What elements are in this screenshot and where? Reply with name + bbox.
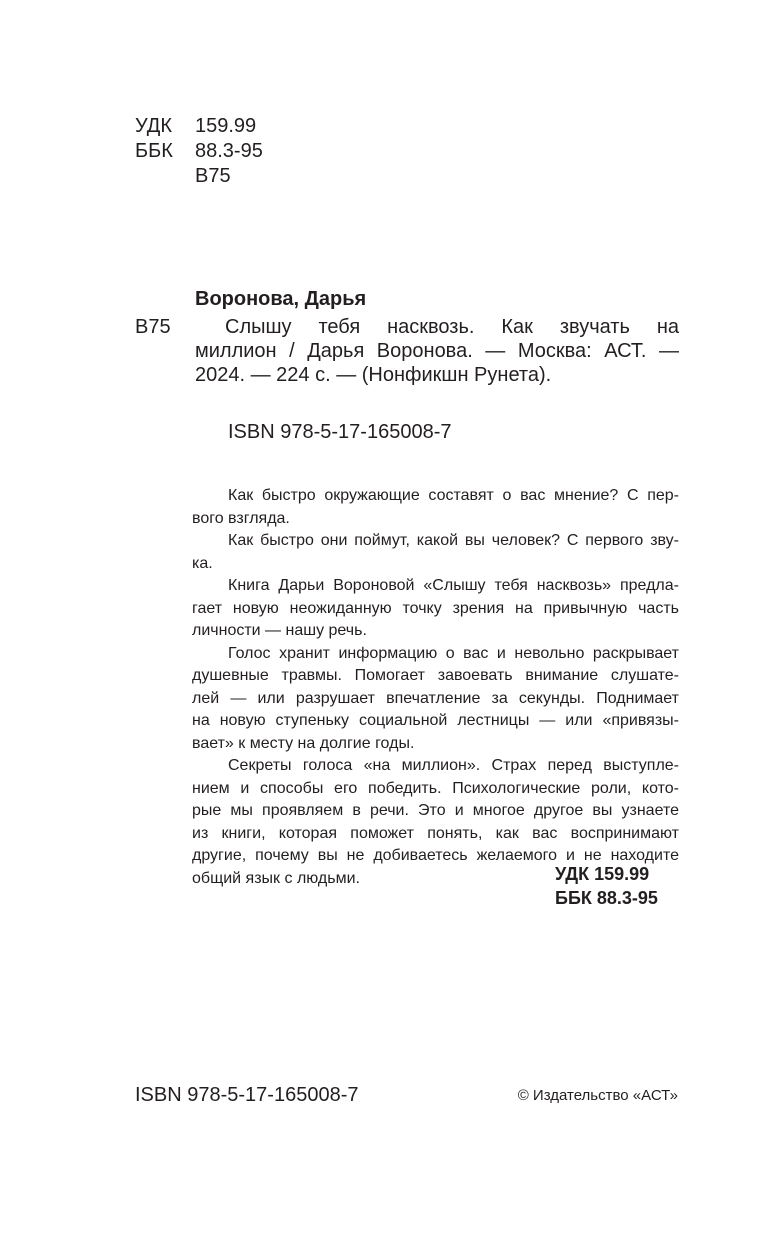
annotation: Как быстро окружающие составят о вас мне… bbox=[192, 485, 679, 890]
annotation-paragraph: Как быстро они поймут, какой вы человек?… bbox=[192, 530, 679, 575]
bbk-label: ББК bbox=[135, 139, 195, 163]
annotation-line: рые мы проявляем в речи. Это и многое др… bbox=[192, 800, 679, 823]
annotation-line: из книги, которая поможет понять, как ва… bbox=[192, 823, 679, 846]
annotation-line: личности — нашу речь. bbox=[192, 620, 679, 643]
annotation-line: на новую ступеньку социальной лестницы —… bbox=[192, 710, 679, 733]
annotation-paragraph: Как быстро окружающие составят о вас мне… bbox=[192, 485, 679, 530]
bbk-row: ББК88.3-95 bbox=[135, 139, 263, 163]
author-mark: В75 bbox=[195, 165, 231, 187]
annotation-line: вого взгляда. bbox=[192, 508, 679, 531]
annotation-line: Как быстро они поймут, какой вы человек?… bbox=[192, 530, 679, 553]
annotation-line: нием и способы его победить. Психологиче… bbox=[192, 778, 679, 801]
author-mark-side: В75 bbox=[135, 315, 171, 339]
isbn-footer: ISBN 978-5-17-165008-7 bbox=[135, 1083, 358, 1107]
annotation-line: Секреты голоса «на миллион». Страх перед… bbox=[192, 755, 679, 778]
annotation-line: ка. bbox=[192, 553, 679, 576]
annotation-line: душевные травмы. Помогает завоевать вним… bbox=[192, 665, 679, 688]
annotation-line: вает» к месту на долгие годы. bbox=[192, 733, 679, 756]
title-line: 2024. — 224 с. — (Нонфикшн Рунета). bbox=[195, 363, 679, 387]
udk-value: 159.99 bbox=[195, 115, 256, 137]
bbk-bold: ББК 88.3-95 bbox=[555, 886, 658, 910]
udk-row: УДК159.99 bbox=[135, 114, 256, 138]
udk-label: УДК bbox=[135, 114, 195, 138]
annotation-paragraph: Голос хранит информацию о вас и невольно… bbox=[192, 643, 679, 756]
author-heading: Воронова, Дарья bbox=[195, 287, 366, 311]
annotation-line: гает новую неожиданную точку зрения на п… bbox=[192, 598, 679, 621]
title-line: Слышу тебя насквозь. Как звучать на bbox=[195, 315, 679, 339]
annotation-line: Как быстро окружающие составят о вас мне… bbox=[192, 485, 679, 508]
title-description: Слышу тебя насквозь. Как звучать на милл… bbox=[195, 315, 679, 387]
bbk-value: 88.3-95 bbox=[195, 140, 263, 162]
annotation-line: Голос хранит информацию о вас и невольно… bbox=[192, 643, 679, 666]
copyright-publisher: © Издательство «АСТ» bbox=[518, 1085, 678, 1107]
isbn-record: ISBN 978-5-17-165008-7 bbox=[228, 420, 451, 444]
udk-bold: УДК 159.99 bbox=[555, 862, 658, 886]
annotation-line: Книга Дарьи Вороновой «Слышу тебя наскво… bbox=[192, 575, 679, 598]
title-line: миллион / Дарья Воронова. — Москва: АСТ.… bbox=[195, 339, 679, 363]
author-mark-row: В75 bbox=[135, 164, 231, 188]
classification-codes-bold: УДК 159.99 ББК 88.3-95 bbox=[555, 862, 658, 910]
annotation-paragraph: Книга Дарьи Вороновой «Слышу тебя наскво… bbox=[192, 575, 679, 643]
annotation-line: лей — или разрушает впечатление за секун… bbox=[192, 688, 679, 711]
